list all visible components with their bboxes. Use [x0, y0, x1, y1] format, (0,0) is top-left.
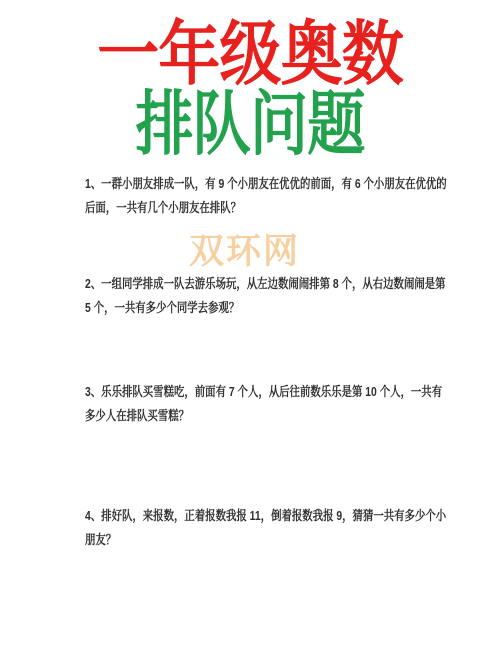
problem-4-line-1: 4、排好队，来报数，正着报数我报 11，倒着报数我报 9，猜猜一共有多少个小: [85, 504, 373, 528]
worksheet-page: 一年级奥数 排队问题 双环网 1、一群小朋友排成一队，有 9 个小朋友在优优的前…: [0, 0, 500, 667]
problem-1-line-1: 1、一群小朋友排成一队，有 9 个小朋友在优优的前面，有 6 个小朋友在优优的: [85, 172, 373, 196]
watermark-text: 双环网: [189, 234, 300, 270]
problem-3-line-1: 3、乐乐排队买雪糕吃，前面有 7 个人，从后往前数乐乐是第 10 个人，一共有: [85, 380, 373, 404]
problem-3: 3、乐乐排队买雪糕吃，前面有 7 个人，从后往前数乐乐是第 10 个人，一共有 …: [85, 380, 445, 428]
problem-2-line-1: 2、一组同学排成一队去游乐场玩，从左边数闹闹排第 8 个，从右边数闹闹是第: [85, 272, 373, 296]
page-title-line-2: 排队问题: [43, 88, 458, 160]
problem-4: 4、排好队，来报数，正着报数我报 11，倒着报数我报 9，猜猜一共有多少个小 朋…: [85, 504, 445, 552]
problem-1-line-2: 后面，一共有几个小朋友在排队？: [85, 196, 373, 220]
problem-1: 1、一群小朋友排成一队，有 9 个小朋友在优优的前面，有 6 个小朋友在优优的 …: [85, 172, 445, 220]
page-title-line-1: 一年级奥数: [29, 18, 472, 90]
problem-2-line-2: 5 个，一共有多少个同学去参观？: [85, 296, 373, 320]
problem-4-line-2: 朋友？: [85, 528, 373, 552]
problem-2: 2、一组同学排成一队去游乐场玩，从左边数闹闹排第 8 个，从右边数闹闹是第 5 …: [85, 272, 445, 320]
problem-3-line-2: 多少人在排队买雪糕？: [85, 404, 373, 428]
